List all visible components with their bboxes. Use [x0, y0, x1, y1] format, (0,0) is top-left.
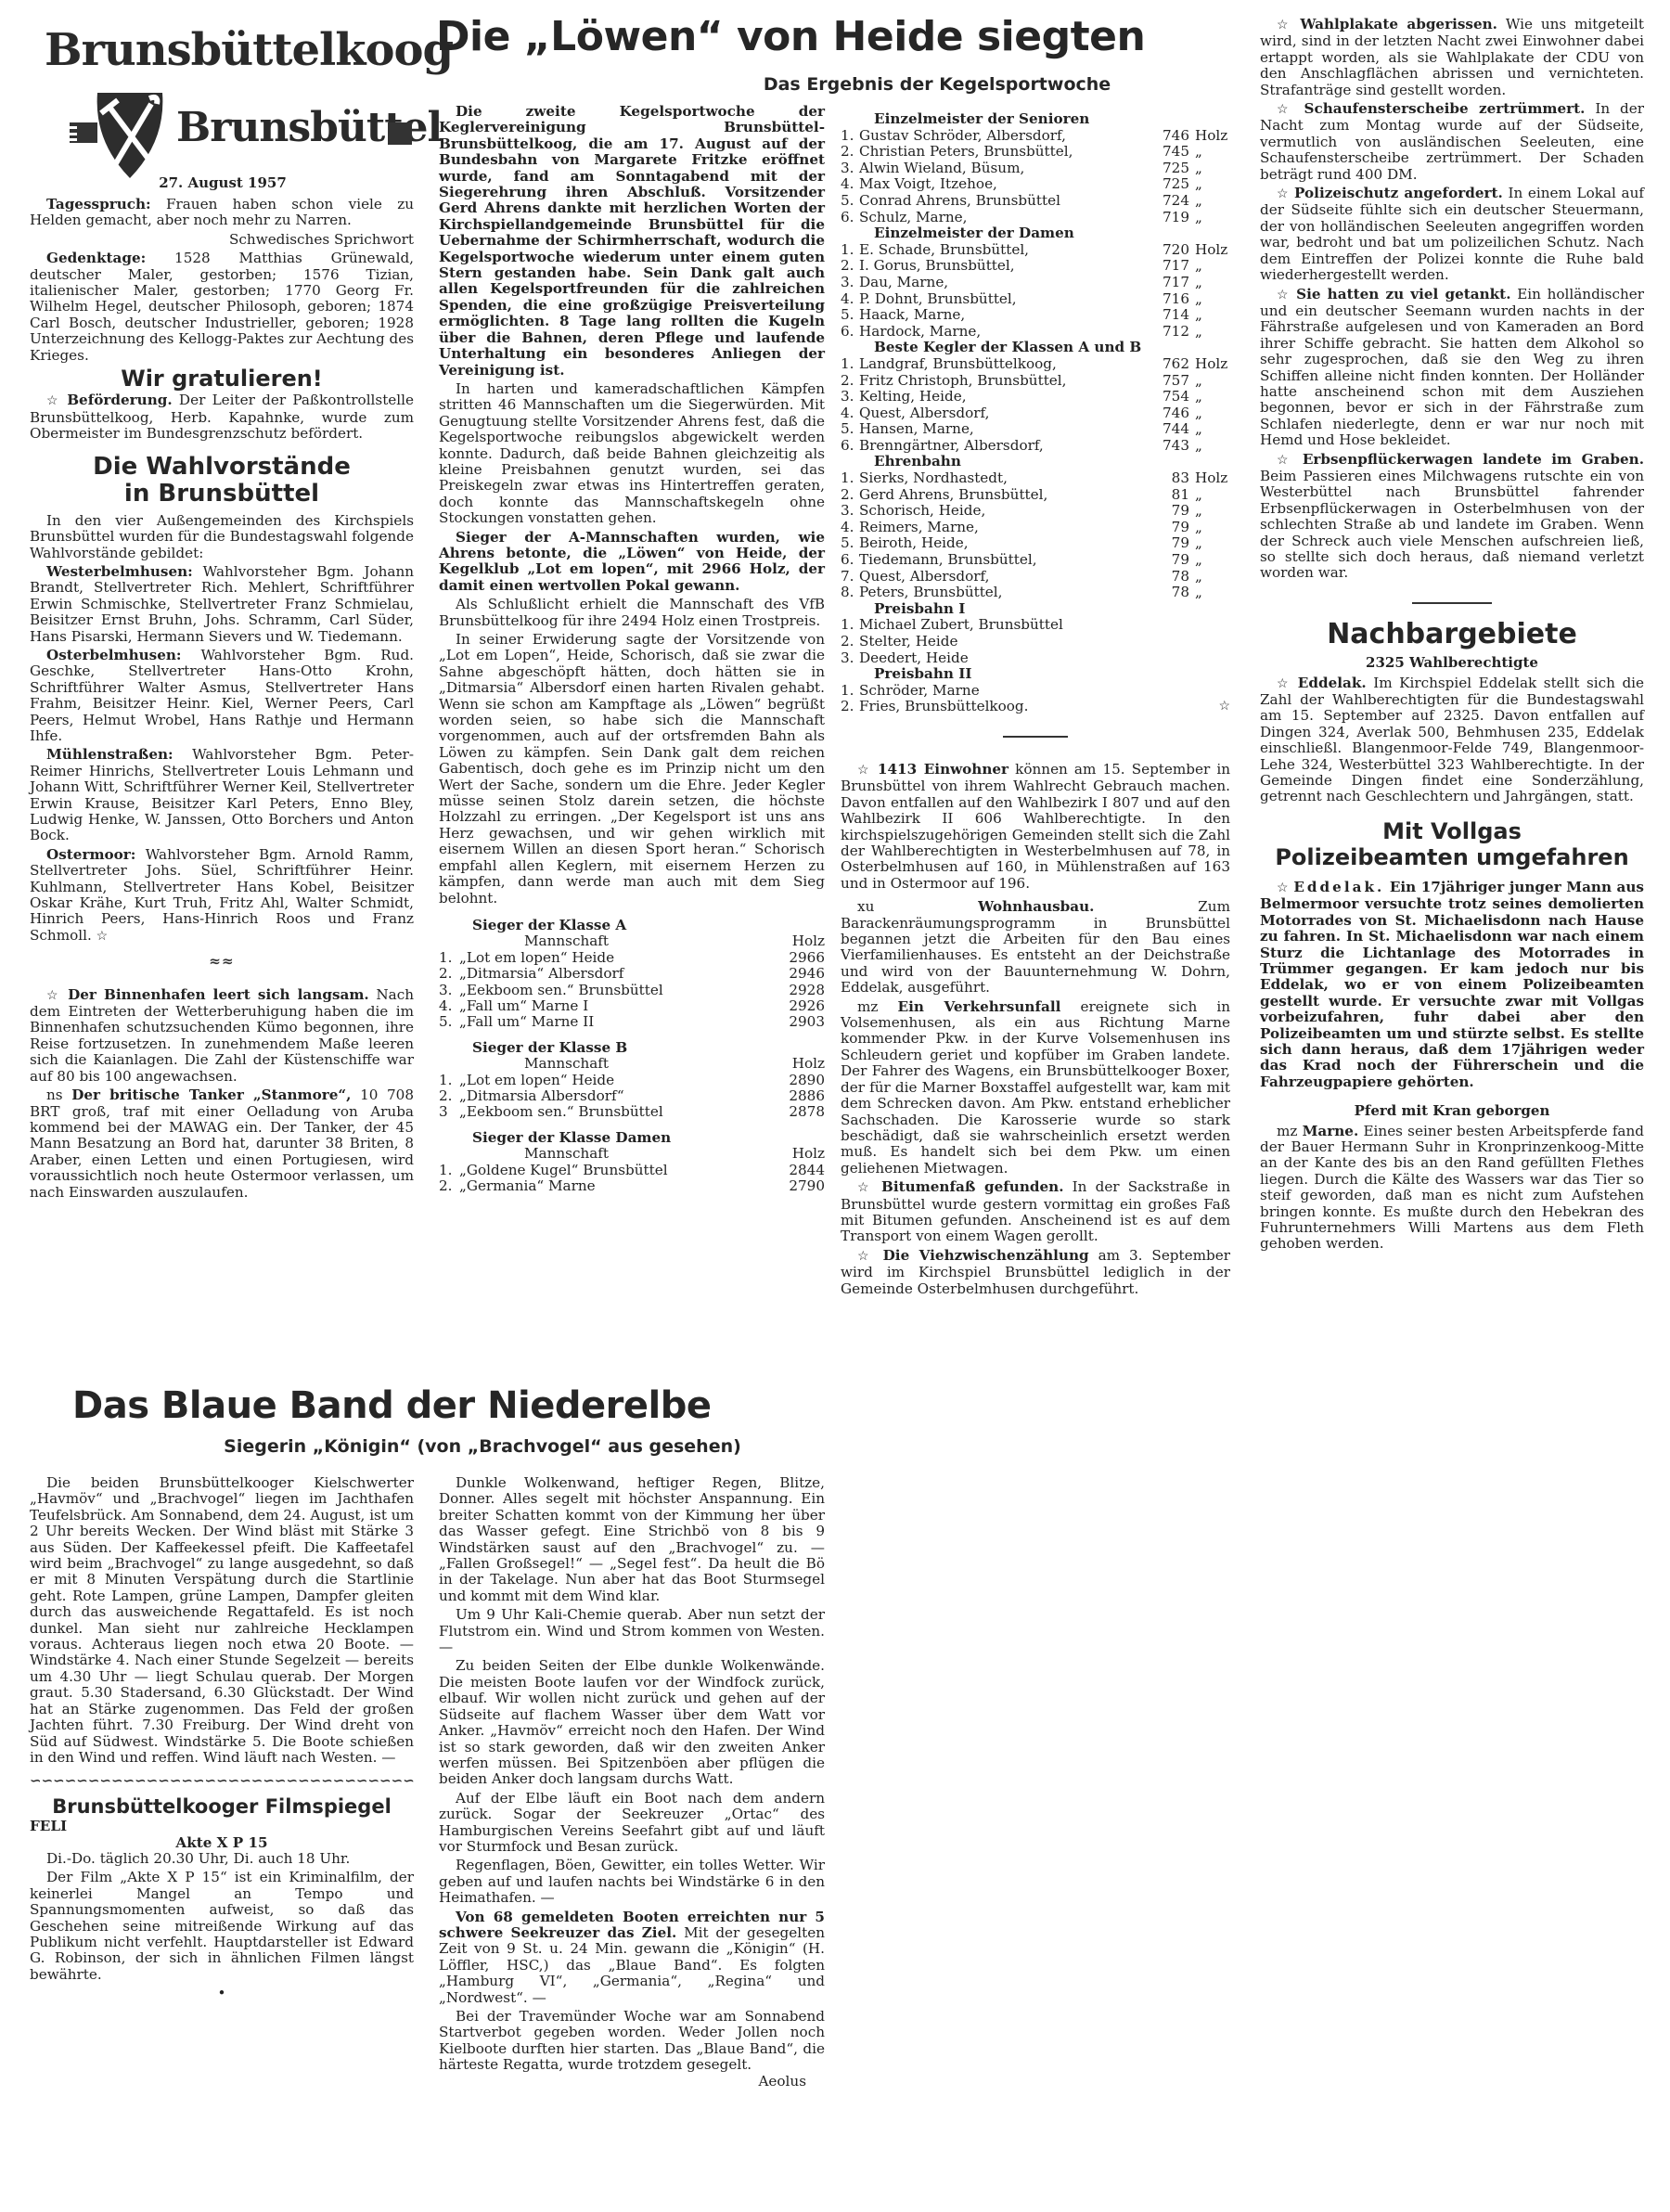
table-row: 2.„Ditmarsia“ Albersdorf2946	[439, 966, 825, 982]
list-item: 8.Peters, Brunsbüttel,78„	[841, 585, 1230, 601]
list-item: 2.Fritz Christoph, Brunsbüttel,757„	[841, 373, 1230, 390]
list-item: 6.Tiedemann, Brunsbüttel,79„	[841, 552, 1230, 569]
star-icon: ☆	[46, 393, 60, 408]
polizeischutz-item: ☆ Polizeischutz angefordert. In einem Lo…	[1260, 186, 1644, 283]
wohnhausbau-item: xu Wohnhausbau. Zum Barackenräumungsprog…	[841, 899, 1230, 996]
einwohner-item: ☆ 1413 Einwohner können am 15. September…	[841, 762, 1230, 892]
list-item: 5.Beiroth, Heide,79„	[841, 535, 1230, 552]
section-divider	[1412, 602, 1492, 604]
pferd-item: mz Marne. Eines seiner besten Arbeitspfe…	[1260, 1124, 1644, 1253]
film-schedule: Di.-Do. täglich 20.30 Uhr, Di. auch 18 U…	[30, 1851, 414, 1867]
blaue-band-para-6: Regenflagen, Böen, Gewitter, ein tolles …	[439, 1858, 825, 1906]
list-item: 1.Michael Zubert, Brunsbüttel	[841, 617, 1230, 634]
wave-rule-ornament: ∽∽∽∽∽∽∽∽∽∽∽∽∽∽∽∽∽∽∽∽∽∽∽∽∽∽∽∽∽∽∽∽∽∽∽∽∽∽∽∽	[30, 1773, 414, 1789]
list-item: 2.Christian Peters, Brunsbüttel,745„	[841, 144, 1230, 161]
wahl-entry-westerbelmhusen: Westerbelmhusen: Wahlvorsteher Bgm. Joha…	[30, 564, 414, 645]
blaue-band-column-2: Dunkle Wolkenwand, heftiger Regen, Blitz…	[439, 1475, 825, 2090]
star-icon: ☆	[857, 1249, 874, 1264]
star-icon: ☆	[1277, 102, 1294, 117]
list-item: 3.Dau, Marne,717„	[841, 275, 1230, 291]
list-item: 5.Haack, Marne,714„	[841, 307, 1230, 324]
list-item: 5.Conrad Ahrens, Brunsbüttel724„	[841, 193, 1230, 210]
kegel-para-3: Sieger der A-Mannschaften wurden, wie Ah…	[439, 530, 825, 595]
list-item: 6.Hardock, Marne,712„	[841, 324, 1230, 341]
gedenktage: Gedenktage: 1528 Matthias Grünewald, deu…	[30, 251, 414, 364]
blaue-band-para-3: Um 9 Uhr Kali-Chemie querab. Aber nun se…	[439, 1607, 825, 1655]
star-icon: ☆	[1277, 288, 1290, 302]
table-row: 1.„Lot em lopen“ Heide2966	[439, 950, 825, 966]
star-icon: ☆	[1202, 699, 1230, 715]
klasse-damen-table: Sieger der Klasse Damen MannschaftHolz 1…	[439, 1130, 825, 1195]
nachbargebiete-heading: Nachbargebiete	[1260, 626, 1644, 642]
einzel-damen: Einzelmeister der Damen 1.E. Schade, Bru…	[841, 225, 1230, 340]
dot-ornament: •	[30, 1986, 414, 2001]
table-row: 1.„Lot em lopen“ Heide2890	[439, 1073, 825, 1088]
list-item: 1.Sierks, Nordhastedt,83Holz	[841, 470, 1230, 487]
star-icon: ☆	[857, 763, 871, 778]
befoerderung-item: ☆ Beförderung. Der Leiter der Paßkontrol…	[30, 392, 414, 442]
klasse-b-table: Sieger der Klasse B MannschaftHolz 1.„Lo…	[439, 1040, 825, 1121]
list-item: 6.Brenngärtner, Albersdorf,743„	[841, 438, 1230, 455]
left-column: Tagesspruch: Frauen haben schon viele zu…	[30, 197, 414, 1203]
wahlvorstaende-heading: Die Wahlvorstände in Brunsbüttel	[30, 454, 414, 508]
tagesspruch: Tagesspruch: Frauen haben schon viele zu…	[30, 197, 414, 229]
star-icon: ☆	[1277, 18, 1292, 32]
blaue-band-para-5: Auf der Elbe läuft ein Boot nach dem and…	[439, 1791, 825, 1856]
list-item: 2.I. Gorus, Brunsbüttel,717„	[841, 258, 1230, 275]
erbsenpflueckerwagen-item: ☆ Erbsenpflückerwagen landete im Graben.…	[1260, 452, 1644, 582]
kegel-para-5: In seiner Erwiderung sagte der Vorsitzen…	[439, 632, 825, 907]
tanker-item: ns Der britische Tanker „Stanmore“, 10 7…	[30, 1087, 414, 1201]
blaue-band-subhead: Siegerin „Königin“ (von „Brachvogel“ aus…	[148, 1436, 816, 1457]
kegel-subhead: Das Ergebnis der Kegelsportwoche	[640, 74, 1234, 95]
section-divider	[1003, 736, 1068, 738]
binnenhafen-item: ☆ Der Binnenhafen leert sich langsam. Na…	[30, 987, 414, 1085]
table-row: 3„Eekboom sen.“ Brunsbüttel2878	[439, 1104, 825, 1120]
right-column: ☆ Wahlplakate abgerissen. Wie uns mitget…	[1260, 17, 1644, 1255]
preisbahn-2: Preisbahn II 1.Schröder, Marne 2.Fries, …	[841, 666, 1230, 715]
list-item: 6.Schulz, Marne,719„	[841, 210, 1230, 226]
wahl-entry-muehlenstrassen: Mühlenstraßen: Wahlvorsteher Bgm. Peter-…	[30, 747, 414, 843]
schaufenster-item: ☆ Schaufensterscheibe zertrümmert. In de…	[1260, 101, 1644, 183]
issue-date: 27. August 1957	[37, 174, 408, 191]
wave-ornament: ≈≈	[30, 954, 414, 970]
list-item: 5.Hansen, Marne,744„	[841, 421, 1230, 438]
ehrenbahn: Ehrenbahn 1.Sierks, Nordhastedt,83Holz 2…	[841, 454, 1230, 600]
cinema-name: FELI	[30, 1819, 414, 1834]
film-title: Akte X P 15	[30, 1835, 414, 1851]
preisbahn-1: Preisbahn I 1.Michael Zubert, Brunsbütte…	[841, 601, 1230, 666]
blaue-band-result: Von 68 gemeldeten Booten erreichten nur …	[439, 1910, 825, 2006]
kegel-results-column: Einzelmeister der Senioren 1.Gustav Schr…	[841, 111, 1230, 1300]
table-row: 2.„Ditmarsia Albersdorf“2886	[439, 1088, 825, 1104]
blaue-band-final: Bei der Travemünder Woche war am Sonnabe…	[439, 2009, 825, 2074]
list-item: 1.Gustav Schröder, Albersdorf,746Holz	[841, 128, 1230, 145]
ribbon-right-icon	[388, 122, 412, 145]
klasse-a-table: Sieger der Klasse A MannschaftHolz 1.„Lo…	[439, 918, 825, 1031]
coat-of-arms-icon	[70, 85, 179, 186]
list-item: 7.Quest, Albersdorf,78„	[841, 569, 1230, 585]
list-item: 3.Deedert, Heide	[841, 650, 1230, 667]
list-item: 3.Alwin Wieland, Büsum,725„	[841, 161, 1230, 177]
list-item: 1.Landgraf, Brunsbüttelkoog,762Holz	[841, 356, 1230, 373]
table-row: 3.„Eekboom sen.“ Brunsbüttel2928	[439, 983, 825, 998]
author-byline: Aeolus	[741, 2074, 806, 2090]
star-icon: ☆	[857, 1180, 873, 1195]
kegel-para-2: In harten und kameradschaftlichen Kämpfe…	[439, 381, 825, 527]
wahlplakate-item: ☆ Wahlplakate abgerissen. Wie uns mitget…	[1260, 17, 1644, 98]
list-item: 3.Kelting, Heide,754„	[841, 389, 1230, 405]
wahl-intro: In den vier Außengemeinden des Kirchspie…	[30, 513, 414, 561]
viehzaehlung-item: ☆ Die Viehzwischenzählung am 3. Septembe…	[841, 1248, 1230, 1297]
star-icon: ☆	[1277, 676, 1291, 691]
list-item: 3.Schorisch, Heide,79„	[841, 503, 1230, 520]
list-item: 2.Gerd Ahrens, Brunsbüttel,81„	[841, 487, 1230, 504]
table-row: 5.„Fall um“ Marne II2903	[439, 1014, 825, 1030]
list-item: 2.Stelter, Heide	[841, 634, 1230, 650]
bitumen-item: ☆ Bitumenfaß gefunden. In der Sackstraße…	[841, 1179, 1230, 1245]
table-row: 1.„Goldene Kugel“ Brunsbüttel2844	[439, 1163, 825, 1178]
einzel-senioren: Einzelmeister der Senioren 1.Gustav Schr…	[841, 111, 1230, 225]
wahlberechtigte-subhead: 2325 Wahlberechtigte	[1260, 655, 1644, 671]
kegel-column-1: Die zweite Kegelsportwoche der Keglerver…	[439, 104, 825, 1194]
kegel-para-4: Als Schlußlicht erhielt die Mannschaft d…	[439, 597, 825, 629]
table-row: 4.„Fall um“ Marne I2926	[439, 998, 825, 1014]
beste-kegler: Beste Kegler der Klassen A und B 1.Landg…	[841, 340, 1230, 454]
list-item: 2.Fries, Brunsbüttelkoog.☆	[841, 699, 1230, 715]
blaue-band-para-4: Zu beiden Seiten der Elbe dunkle Wolkenw…	[439, 1658, 825, 1787]
wahl-entry-osterbelmhusen: Osterbelmhusen: Wahlvorsteher Bgm. Rud. …	[30, 648, 414, 744]
tagesspruch-source: Schwedisches Sprichwort	[30, 232, 414, 248]
masthead: Brunsbüttelkoog Brunsbüttel	[37, 19, 408, 167]
masthead-title-line1: Brunsbüttelkoog	[45, 24, 453, 76]
blaue-band-para-2: Dunkle Wolkenwand, heftiger Regen, Blitz…	[439, 1475, 825, 1604]
blaue-band-column-1: Die beiden Brunsbüttelkooger Kielschwert…	[30, 1475, 414, 2002]
star-icon: ☆	[1277, 453, 1293, 468]
gratulieren-heading: Wir gratulieren!	[30, 371, 414, 387]
star-icon: ☆	[96, 929, 109, 944]
list-item: 4.Max Voigt, Itzehoe,725„	[841, 176, 1230, 193]
star-icon: ☆	[1277, 186, 1289, 201]
kegel-headline: Die „Löwen“ von Heide siegten	[436, 13, 1252, 60]
eddelak-wahl-item: ☆ Eddelak. Im Kirchspiel Eddelak stellt …	[1260, 675, 1644, 805]
pferd-heading: Pferd mit Kran geborgen	[1260, 1103, 1644, 1119]
verkehrsunfall-item: mz Ein Verkehrsunfall ereignete sich in …	[841, 999, 1230, 1177]
list-item: 4.Quest, Albersdorf,746„	[841, 405, 1230, 422]
star-icon: ☆	[1277, 881, 1289, 895]
filmspiegel-heading: Brunsbüttelkooger Filmspiegel	[30, 1799, 414, 1815]
blaue-band-headline: Das Blaue Band der Niederelbe	[72, 1384, 833, 1427]
table-row: 2.„Germania“ Marne2790	[439, 1178, 825, 1194]
list-item: 1.E. Schade, Brunsbüttel,720Holz	[841, 242, 1230, 259]
kegel-para-1: Die zweite Kegelsportwoche der Keglerver…	[439, 104, 825, 379]
eddelak-vollgas-item: ☆ Eddelak. Ein 17jähriger junger Mann au…	[1260, 880, 1644, 1090]
list-item: 4.P. Dohnt, Brunsbüttel,716„	[841, 291, 1230, 308]
wahl-entry-ostermoor: Ostermoor: Wahlvorsteher Bgm. Arnold Ram…	[30, 847, 414, 945]
star-icon: ☆	[46, 988, 60, 1003]
getankt-item: ☆ Sie hatten zu viel getankt. Ein hollän…	[1260, 287, 1644, 449]
blaue-band-para-1: Die beiden Brunsbüttelkooger Kielschwert…	[30, 1475, 414, 1766]
film-review: Der Film „Akte X P 15“ ist ein Kriminalf…	[30, 1870, 414, 1983]
list-item: 1.Schröder, Marne	[841, 683, 1230, 700]
list-item: 4.Reimers, Marne,79„	[841, 520, 1230, 536]
vollgas-heading: Mit Vollgas Polizeibeamten umgefahren	[1260, 818, 1644, 870]
